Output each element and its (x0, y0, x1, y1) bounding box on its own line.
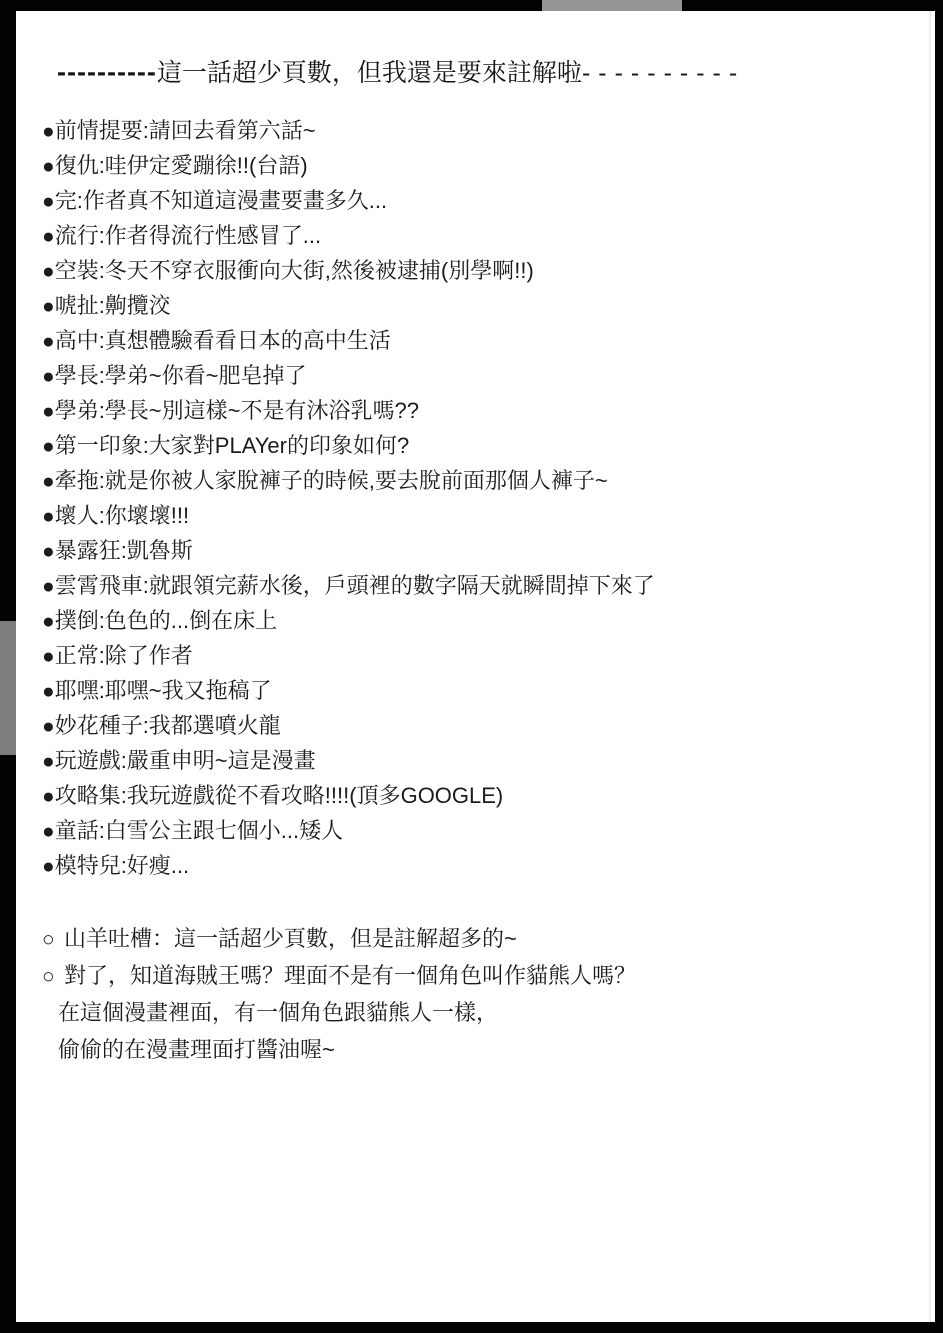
annotation-text: 復仇:哇伊定愛蹦徐!!(台語) (55, 153, 308, 178)
annotation-item: ●妙花種子:我都選噴火龍 (42, 708, 935, 743)
annotation-item: ●空裝:冬天不穿衣服衝向大街,然後被逮捕(別學啊!!) (42, 253, 935, 288)
filled-bullet-icon: ● (42, 814, 55, 849)
annotation-item: ●正常:除了作者 (42, 638, 935, 673)
comic-notes-page-background: ----------這一話超少頁數，但我還是要來註解啦---------- ●前… (0, 0, 943, 1333)
annotation-item: ●唬扯:齁攬洨 (42, 288, 935, 323)
annotation-text: 高中:真想體驗看看日本的高中生活 (55, 328, 391, 353)
annotation-text: 雲霄飛車:就跟領完薪水後，戶頭裡的數字隔天就瞬間掉下來了 (55, 573, 655, 598)
annotation-item: ●牽拖:就是你被人家脫褲子的時候,要去脫前面那個人褲子~ (42, 463, 935, 498)
filled-bullet-icon: ● (42, 604, 55, 639)
filled-bullet-icon: ● (42, 534, 55, 569)
annotation-item: ●第一印象:大家對PLAYer的印象如何? (42, 428, 935, 463)
filled-bullet-icon: ● (42, 394, 55, 429)
annotation-text: 撲倒:色色的...倒在床上 (55, 608, 277, 633)
annotation-text: 攻略集:我玩遊戲從不看攻略!!!!(頂多GOOGLE) (55, 783, 504, 808)
filled-bullet-icon: ● (42, 219, 55, 254)
filled-bullet-icon: ● (42, 254, 55, 289)
annotation-item: ●高中:真想體驗看看日本的高中生活 (42, 323, 935, 358)
annotation-text: 童話:白雪公主跟七個小...矮人 (55, 818, 343, 843)
annotation-text: 完:作者真不知道這漫畫要畫多久... (55, 188, 387, 213)
annotation-item: ●學長:學弟~你看~肥皂掉了 (42, 358, 935, 393)
annotation-item: ●復仇:哇伊定愛蹦徐!!(台語) (42, 148, 935, 183)
title-trailing-dashes: ---------- (582, 59, 745, 87)
filled-bullet-icon: ● (42, 674, 55, 709)
comment-text: 在這個漫畫裡面，有一個角色跟貓熊人一樣， (58, 1000, 498, 1025)
annotation-item: ●童話:白雪公主跟七個小...矮人 (42, 813, 935, 848)
page-title: ----------這一話超少頁數，但我還是要來註解啦---------- (57, 57, 935, 88)
annotation-text: 學弟:學長~別這樣~不是有沐浴乳嗎?? (55, 398, 419, 423)
annotation-item: ●攻略集:我玩遊戲從不看攻略!!!!(頂多GOOGLE) (42, 778, 935, 813)
annotation-text: 空裝:冬天不穿衣服衝向大街,然後被逮捕(別學啊!!) (55, 258, 534, 283)
author-comment-block: ○山羊吐槽：這一話超少頁數，但是註解超多的~ ○對了，知道海賊王嗎？理面不是有一… (42, 920, 935, 1068)
comment-text: 對了，知道海賊王嗎？理面不是有一個角色叫作貓熊人嗎？ (64, 963, 636, 988)
annotation-item: ●前情提要:請回去看第六話~ (42, 113, 935, 148)
annotation-text: 玩遊戲:嚴重申明~這是漫畫 (55, 748, 316, 773)
annotation-text: 牽拖:就是你被人家脫褲子的時候,要去脫前面那個人褲子~ (55, 468, 608, 493)
annotation-item: ●學弟:學長~別這樣~不是有沐浴乳嗎?? (42, 393, 935, 428)
annotation-text: 妙花種子:我都選噴火龍 (55, 713, 281, 738)
annotation-item: ●完:作者真不知道這漫畫要畫多久... (42, 183, 935, 218)
annotation-list: ●前情提要:請回去看第六話~ ●復仇:哇伊定愛蹦徐!!(台語) ●完:作者真不知… (42, 113, 935, 883)
annotation-item: ●玩遊戲:嚴重申明~這是漫畫 (42, 743, 935, 778)
annotation-text: 學長:學弟~你看~肥皂掉了 (55, 363, 307, 388)
open-bullet-icon: ○ (42, 921, 64, 958)
filled-bullet-icon: ● (42, 849, 55, 884)
author-comment-line: ○山羊吐槽：這一話超少頁數，但是註解超多的~ (42, 920, 935, 957)
filled-bullet-icon: ● (42, 114, 55, 149)
author-comment-line: 在這個漫畫裡面，有一個角色跟貓熊人一樣， (42, 994, 935, 1031)
filled-bullet-icon: ● (42, 149, 55, 184)
filled-bullet-icon: ● (42, 499, 55, 534)
annotation-text: 壞人:你壞壞!!! (55, 503, 189, 528)
annotation-text: 暴露狂:凱魯斯 (55, 538, 193, 563)
filled-bullet-icon: ● (42, 324, 55, 359)
left-gray-block (0, 621, 16, 755)
open-bullet-icon: ○ (42, 958, 64, 995)
filled-bullet-icon: ● (42, 709, 55, 744)
top-gray-block (542, 0, 682, 11)
annotation-item: ●撲倒:色色的...倒在床上 (42, 603, 935, 638)
annotation-text: 模特兒:好瘦... (55, 853, 189, 878)
filled-bullet-icon: ● (42, 429, 55, 464)
title-leading-dashes: ---------- (57, 57, 157, 87)
annotation-text: 唬扯:齁攬洨 (55, 293, 171, 318)
page-edge-line (929, 11, 931, 1322)
filled-bullet-icon: ● (42, 744, 55, 779)
filled-bullet-icon: ● (42, 289, 55, 324)
filled-bullet-icon: ● (42, 569, 55, 604)
annotation-text: 前情提要:請回去看第六話~ (55, 118, 316, 143)
annotation-text: 第一印象:大家對PLAYer的印象如何? (55, 433, 410, 458)
filled-bullet-icon: ● (42, 184, 55, 219)
filled-bullet-icon: ● (42, 639, 55, 674)
annotation-item: ●模特兒:好瘦... (42, 848, 935, 883)
annotation-item: ●壞人:你壞壞!!! (42, 498, 935, 533)
author-notes-page: ----------這一話超少頁數，但我還是要來註解啦---------- ●前… (16, 11, 935, 1322)
filled-bullet-icon: ● (42, 359, 55, 394)
annotation-item: ●流行:作者得流行性感冒了... (42, 218, 935, 253)
annotation-item: ●雲霄飛車:就跟領完薪水後，戶頭裡的數字隔天就瞬間掉下來了 (42, 568, 935, 603)
title-text: 這一話超少頁數，但我還是要來註解啦 (157, 59, 582, 87)
annotation-text: 耶嘿:耶嘿~我又拖稿了 (55, 678, 272, 703)
filled-bullet-icon: ● (42, 779, 55, 814)
author-comment-line: 偷偷的在漫畫理面打醬油喔~ (42, 1031, 935, 1068)
comment-text: 山羊吐槽：這一話超少頁數，但是註解超多的~ (64, 926, 517, 951)
annotation-item: ●暴露狂:凱魯斯 (42, 533, 935, 568)
filled-bullet-icon: ● (42, 464, 55, 499)
annotation-text: 正常:除了作者 (55, 643, 193, 668)
annotation-text: 流行:作者得流行性感冒了... (55, 223, 321, 248)
comment-text: 偷偷的在漫畫理面打醬油喔~ (58, 1037, 335, 1062)
author-comment-line: ○對了，知道海賊王嗎？理面不是有一個角色叫作貓熊人嗎？ (42, 957, 935, 994)
annotation-item: ●耶嘿:耶嘿~我又拖稿了 (42, 673, 935, 708)
